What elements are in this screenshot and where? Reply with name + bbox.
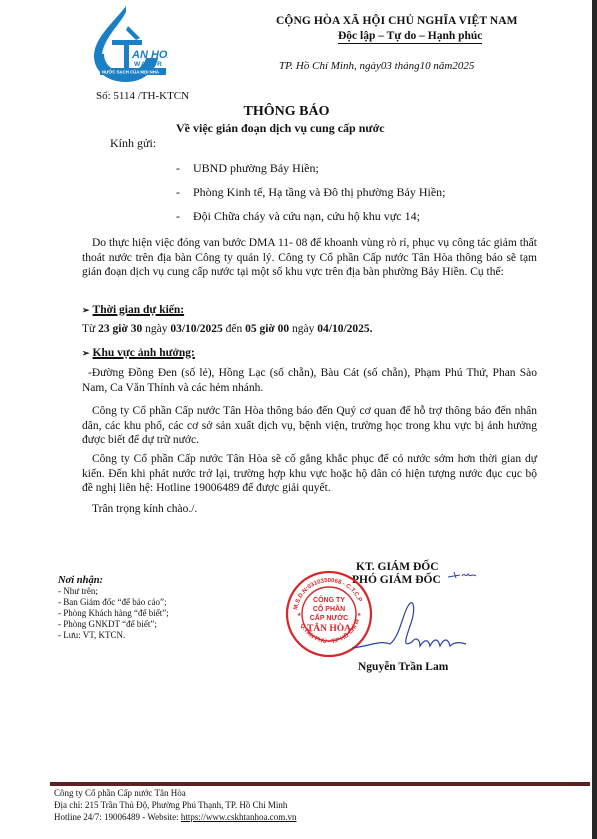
document-subtitle: Về việc gián đoạn dịch vụ cung cấp nước: [176, 121, 385, 136]
signer-name: Nguyễn Trần Lam: [358, 661, 448, 673]
area-heading: ➢Khu vực ảnh hưởng:: [82, 347, 195, 359]
footer-rule: [50, 782, 590, 786]
affected-area: -Đường Đồng Đen (số lẻ), Hồng Lạc (số ch…: [82, 366, 537, 395]
distribution-heading: Nơi nhận:: [58, 575, 169, 586]
distribution-item: - Phòng GNKDT “để biết”;: [58, 619, 169, 630]
national-motto: Độc lập – Tự do – Hạnh phúc: [338, 30, 482, 44]
intro-paragraph: Do thực hiện việc đóng van bước DMA 11- …: [82, 236, 537, 280]
arrow-bullet-icon: ➢: [82, 348, 90, 358]
closing: Trân trọng kính chào./.: [82, 502, 537, 517]
recipient-item: -Đội Chữa cháy và cứu nạn, cứu hộ khu vự…: [176, 209, 420, 224]
initial-mark-icon: [448, 570, 478, 580]
distribution-list: Nơi nhận: - Như trên; - Ban Giám đốc “để…: [58, 575, 169, 641]
handwritten-signature-icon: [350, 596, 475, 656]
document-number: Số: 5114 /TH-KTCN: [96, 90, 189, 102]
footer-contact: Hotline 24/7: 19006489 - Website: https:…: [54, 812, 297, 822]
document-title: THÔNG BÁO: [0, 104, 597, 120]
svg-text:CỔ PHẦN: CỔ PHẦN: [313, 603, 345, 613]
svg-text:WATER: WATER: [134, 61, 163, 68]
arrow-bullet-icon: ➢: [82, 305, 90, 315]
scrollbar[interactable]: [592, 0, 597, 839]
national-title: CỘNG HÒA XÃ HỘI CHỦ NGHĨA VIỆT NAM: [276, 15, 518, 27]
svg-text:CÔNG TY: CÔNG TY: [313, 595, 345, 604]
distribution-item: - Như trên;: [58, 586, 169, 597]
logo-brand: AN HOA: [131, 49, 168, 61]
dateline: TP. Hồ Chí Minh, ngày03 tháng10 năm2025: [279, 60, 474, 72]
notice-paragraph: Công ty Cổ phần Cấp nước Tân Hòa thông b…: [82, 404, 537, 448]
website-link[interactable]: https://www.cskhtanhoa.com.vn: [181, 812, 297, 822]
svg-text:TÂN HÒA: TÂN HÒA: [307, 622, 351, 634]
footer-company: Công ty Cổ phần Cấp nước Tân Hòa: [54, 788, 186, 798]
svg-text:CẤP NƯỚC: CẤP NƯỚC: [310, 612, 349, 622]
greeting: Kính gửi:: [110, 136, 156, 151]
recipient-item: -Phòng Kinh tế, Hạ tầng và Đô thị phường…: [176, 185, 446, 200]
svg-text:NƯỚC SẠCH CỦA MỌI NHÀ: NƯỚC SẠCH CỦA MỌI NHÀ: [102, 70, 159, 75]
recipient-item: -UBND phường Bảy Hiền;: [176, 161, 319, 176]
footer-address: Địa chỉ: 215 Trần Thủ Độ, Phường Phú Thạ…: [54, 800, 287, 810]
distribution-item: - Lưu: VT, KTCN.: [58, 630, 169, 641]
svg-text:★: ★: [297, 612, 302, 618]
distribution-item: - Phòng Khách hàng “để biết”;: [58, 608, 169, 619]
distribution-item: - Ban Giám đốc “để báo cáo”;: [58, 597, 169, 608]
outage-time: Từ 23 giờ 30 ngày 03/10/2025 đến 05 giờ …: [82, 323, 373, 335]
commitment-paragraph: Công ty Cổ phần Cấp nước Tân Hòa sẽ cố g…: [82, 452, 537, 496]
company-logo: AN HOA WATER NƯỚC SẠCH CỦA MỌI NHÀ: [86, 4, 168, 86]
time-heading: ➢Thời gian dự kiến:: [82, 304, 184, 316]
